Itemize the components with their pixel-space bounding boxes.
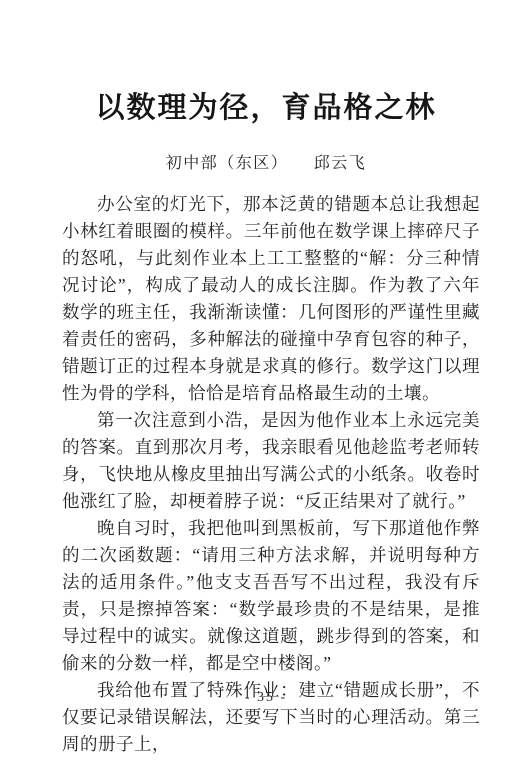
page-number: - 35 - xyxy=(0,690,532,706)
body-paragraph: 办公室的灯光下，那本泛黄的错题本总让我想起小林红着眼圈的模样。三年前他在数学课上… xyxy=(62,191,480,407)
author-affiliation: 初中部（东区） xyxy=(166,155,289,172)
document-body: 办公室的灯光下，那本泛黄的错题本总让我想起小林红着眼圈的模样。三年前他在数学课上… xyxy=(62,191,480,758)
author-byline: 初中部（东区）邱云飞 xyxy=(0,153,532,175)
author-name: 邱云飞 xyxy=(314,155,367,172)
page-title: 以数理为径，育品格之林 xyxy=(0,0,532,126)
body-paragraph: 第一次注意到小浩，是因为他作业本上永远完美的答案。直到那次月考，我亲眼看见他趁监… xyxy=(62,407,480,515)
body-paragraph: 晚自习时，我把他叫到黑板前，写下那道他作弊的二次函数题：“请用三种方法求解，并说… xyxy=(62,515,480,677)
document-page: 以数理为径，育品格之林 初中部（东区）邱云飞 办公室的灯光下，那本泛黄的错题本总… xyxy=(0,0,532,768)
